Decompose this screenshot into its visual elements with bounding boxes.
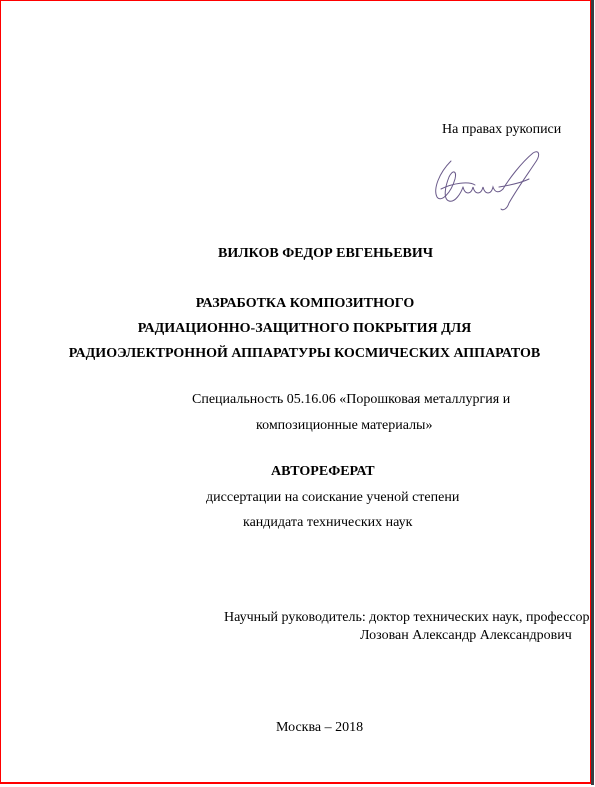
title-line-1: РАЗРАБОТКА КОМПОЗИТНОГО	[1, 296, 595, 312]
title-line-2: РАДИАЦИОННО-ЗАЩИТНОГО ПОКРЫТИЯ ДЛЯ	[1, 321, 595, 337]
city-year: Москва – 2018	[276, 720, 363, 736]
specialty-line-2: композиционные материалы»	[256, 418, 432, 434]
specialty-line-1: Специальность 05.16.06 «Порошковая метал…	[192, 392, 510, 408]
doc-type: АВТОРЕФЕРАТ	[271, 464, 375, 480]
supervisor-line-1: Научный руководитель: доктор технических…	[224, 610, 590, 626]
degree-line-1: диссертации на соискание ученой степени	[206, 490, 459, 506]
signature-icon	[429, 149, 551, 211]
document-page: На правах рукописи ВИЛКОВ ФЕДОР ЕВГЕНЬЕВ…	[0, 0, 591, 784]
supervisor-line-2: Лозован Александр Александрович	[360, 628, 572, 644]
author-name: ВИЛКОВ ФЕДОР ЕВГЕНЬЕВИЧ	[218, 246, 433, 262]
degree-line-2: кандидата технических наук	[243, 515, 412, 531]
title-line-3: РАДИОЭЛЕКТРОННОЙ АППАРАТУРЫ КОСМИЧЕСКИХ …	[1, 346, 595, 362]
page-shadow	[591, 0, 594, 785]
manuscript-note: На правах рукописи	[442, 122, 561, 138]
